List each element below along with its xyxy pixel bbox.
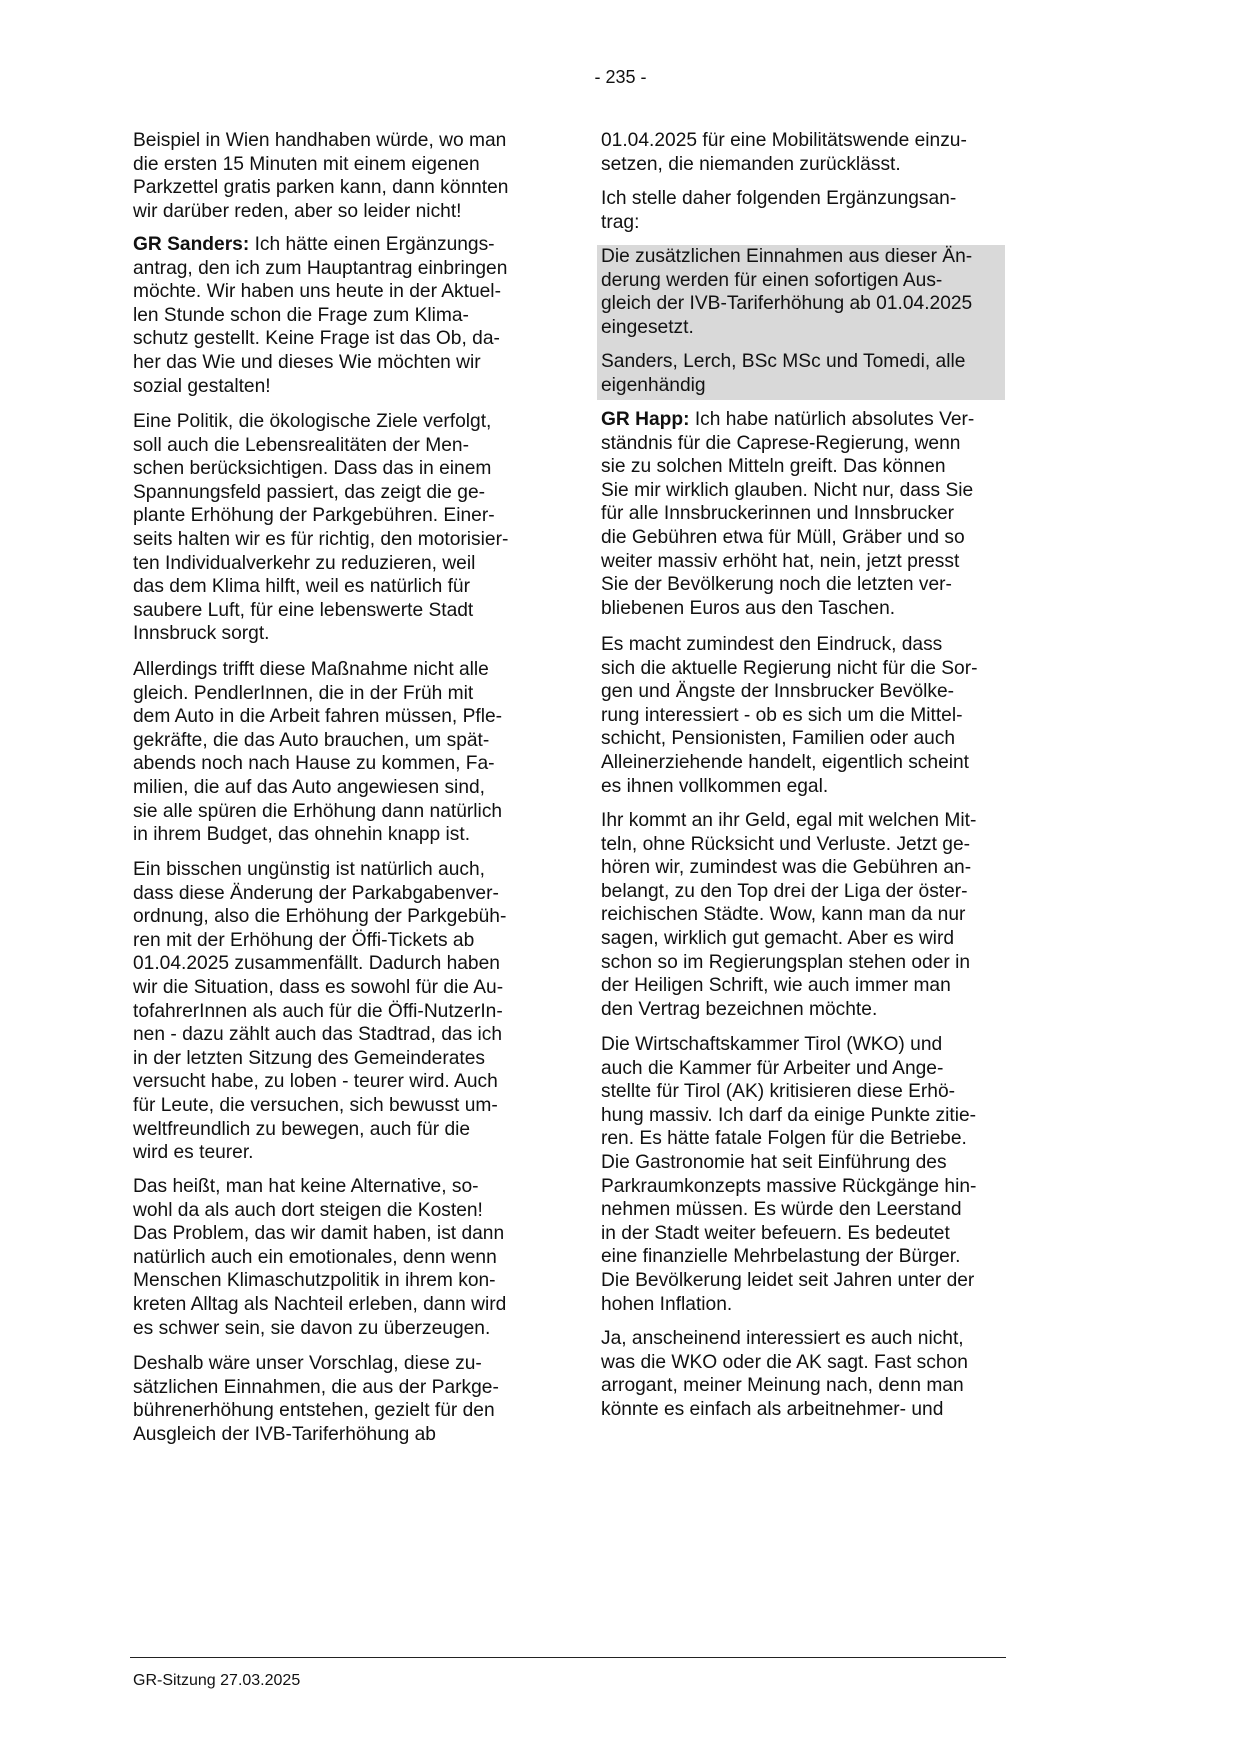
- line-text: setzen, die niemanden zurücklässt.: [601, 154, 901, 175]
- line-text: weiter massiv erhöht hat, nein, jetzt pr…: [601, 551, 959, 572]
- text-line: ren mit der Erhöhung der Öffi-Tickets ab: [133, 929, 533, 953]
- text-line: 01.04.2025 zusammenfällt. Dadurch haben: [133, 952, 533, 976]
- line-text: Spannungsfeld passiert, das zeigt die ge…: [133, 482, 485, 503]
- line-text: ren mit der Erhöhung der Öffi-Tickets ab: [133, 930, 474, 951]
- text-line: gleich der IVB-Tariferhöhung ab 01.04.20…: [601, 292, 1007, 316]
- paragraph: 01.04.2025 für eine Mobilitätswende einz…: [601, 129, 1007, 176]
- line-text: den Vertrag bezeichnen möchte.: [601, 999, 877, 1020]
- line-text: die Gebühren etwa für Müll, Gräber und s…: [601, 527, 965, 548]
- line-text: möchte. Wir haben uns heute in der Aktue…: [133, 281, 501, 302]
- text-line: es ihnen vollkommen egal.: [601, 775, 1007, 799]
- text-line: seits halten wir es für richtig, den mot…: [133, 528, 533, 552]
- line-text: trag:: [601, 212, 639, 233]
- paragraph: Beispiel in Wien handhaben würde, wo man…: [133, 129, 533, 223]
- line-text: gleich der IVB-Tariferhöhung ab 01.04.20…: [601, 293, 972, 314]
- text-line: stellte für Tirol (AK) kritisieren diese…: [601, 1080, 1007, 1104]
- line-text: saubere Luft, für eine lebenswerte Stadt: [133, 600, 473, 621]
- line-text: Beispiel in Wien handhaben würde, wo man: [133, 130, 506, 151]
- paragraph: Eine Politik, die ökologische Ziele verf…: [133, 410, 533, 646]
- footer-text: GR-Sitzung 27.03.2025: [133, 1671, 300, 1691]
- line-text: sagen, wirklich gut gemacht. Aber es wir…: [601, 928, 954, 949]
- text-line: gen und Ängste der Innsbrucker Bevölke-: [601, 680, 1007, 704]
- line-text: schutz gestellt. Keine Frage ist das Ob,…: [133, 328, 500, 349]
- text-line: Spannungsfeld passiert, das zeigt die ge…: [133, 481, 533, 505]
- text-line: eingesetzt.: [601, 316, 1007, 340]
- text-line: in der Stadt weiter befeuern. Es bedeute…: [601, 1222, 1007, 1246]
- line-text: hung massiv. Ich darf da einige Punkte z…: [601, 1105, 976, 1126]
- text-line: gleich. PendlerInnen, die in der Früh mi…: [133, 682, 533, 706]
- text-line: Parkraumkonzepts massive Rückgänge hin-: [601, 1175, 1007, 1199]
- text-line: Deshalb wäre unser Vorschlag, diese zu-: [133, 1352, 533, 1376]
- text-line: rung interessiert - ob es sich um die Mi…: [601, 704, 1007, 728]
- motion-text: Die zusätzlichen Einnahmen aus dieser Än…: [601, 245, 1007, 339]
- line-text: Parkraumkonzepts massive Rückgänge hin-: [601, 1176, 976, 1197]
- text-line: wir darüber reden, aber so leider nicht!: [133, 200, 533, 224]
- line-text: Die Bevölkerung leidet seit Jahren unter…: [601, 1270, 974, 1291]
- line-text: gen und Ängste der Innsbrucker Bevölke-: [601, 681, 954, 702]
- text-line: ordnung, also die Erhöhung der Parkgebüh…: [133, 905, 533, 929]
- line-text: Eine Politik, die ökologische Ziele verf…: [133, 411, 491, 432]
- text-line: milien, die auf das Auto angewiesen sind…: [133, 776, 533, 800]
- text-line: Alleinerziehende handelt, eigentlich sch…: [601, 751, 1007, 775]
- line-text: Das heißt, man hat keine Alternative, so…: [133, 1176, 479, 1197]
- text-line: teln, ohne Rücksicht und Verluste. Jetzt…: [601, 833, 1007, 857]
- line-text: Sanders, Lerch, BSc MSc und Tomedi, alle: [601, 351, 965, 372]
- text-line: für alle Innsbruckerinnen und Innsbrucke…: [601, 502, 1007, 526]
- text-line: ten Individualverkehr zu reduzieren, wei…: [133, 552, 533, 576]
- line-text: ordnung, also die Erhöhung der Parkgebüh…: [133, 906, 506, 927]
- text-line: Menschen Klimaschutzpolitik in ihrem kon…: [133, 1269, 533, 1293]
- line-text: in ihrem Budget, das ohnehin knapp ist.: [133, 824, 470, 845]
- line-text: gleich. PendlerInnen, die in der Früh mi…: [133, 683, 473, 704]
- line-text: seits halten wir es für richtig, den mot…: [133, 529, 508, 550]
- paragraph: Ihr kommt an ihr Geld, egal mit welchen …: [601, 809, 1007, 1021]
- text-line: ständnis für die Caprese-Regierung, wenn: [601, 432, 1007, 456]
- text-line: arrogant, meiner Meinung nach, denn man: [601, 1374, 1007, 1398]
- text-line: Parkzettel gratis parken kann, dann könn…: [133, 176, 533, 200]
- line-text: Deshalb wäre unser Vorschlag, diese zu-: [133, 1353, 482, 1374]
- line-text: 01.04.2025 für eine Mobilitätswende einz…: [601, 130, 967, 151]
- text-line: plante Erhöhung der Parkgebühren. Einer-: [133, 504, 533, 528]
- line-text: plante Erhöhung der Parkgebühren. Einer-: [133, 505, 495, 526]
- text-line: setzen, die niemanden zurücklässt.: [601, 153, 1007, 177]
- line-text: für Leute, die versuchen, sich bewusst u…: [133, 1095, 498, 1116]
- line-text: nehmen müssen. Es würde den Leerstand: [601, 1199, 962, 1220]
- text-line: möchte. Wir haben uns heute in der Aktue…: [133, 280, 533, 304]
- text-line: schicht, Pensionisten, Familien oder auc…: [601, 727, 1007, 751]
- text-line: natürlich auch ein emotionales, denn wen…: [133, 1246, 533, 1270]
- text-line: Eine Politik, die ökologische Ziele verf…: [133, 410, 533, 434]
- text-line: bührenerhöhung entstehen, gezielt für de…: [133, 1399, 533, 1423]
- text-line: 01.04.2025 für eine Mobilitätswende einz…: [601, 129, 1007, 153]
- text-line: wir die Situation, dass es sowohl für di…: [133, 976, 533, 1000]
- text-line: Die Gastronomie hat seit Einführung des: [601, 1151, 1007, 1175]
- line-text: es ihnen vollkommen egal.: [601, 776, 828, 797]
- line-text: Die Wirtschaftskammer Tirol (WKO) und: [601, 1034, 942, 1055]
- text-line: Ausgleich der IVB-Tariferhöhung ab: [133, 1423, 533, 1447]
- line-text: Ja, anscheinend interessiert es auch nic…: [601, 1328, 964, 1349]
- line-text: ten Individualverkehr zu reduzieren, wei…: [133, 553, 475, 574]
- line-text: dem Auto in die Arbeit fahren müssen, Pf…: [133, 706, 502, 727]
- text-line: das dem Klima hilft, weil es natürlich f…: [133, 575, 533, 599]
- text-line: antrag, den ich zum Hauptantrag einbring…: [133, 257, 533, 281]
- text-line: dem Auto in die Arbeit fahren müssen, Pf…: [133, 705, 533, 729]
- line-text: das dem Klima hilft, weil es natürlich f…: [133, 576, 470, 597]
- line-text: wird es teurer.: [133, 1142, 254, 1163]
- text-line: versucht habe, zu loben - teurer wird. A…: [133, 1070, 533, 1094]
- text-line: schon so im Regierungsplan stehen oder i…: [601, 951, 1007, 975]
- text-line: sozial gestalten!: [133, 375, 533, 399]
- line-text: Parkzettel gratis parken kann, dann könn…: [133, 177, 508, 198]
- line-text: sich die aktuelle Regierung nicht für di…: [601, 658, 978, 679]
- line-text: Alleinerziehende handelt, eigentlich sch…: [601, 752, 969, 773]
- line-text: belangt, zu den Top drei der Liga der ös…: [601, 881, 968, 902]
- text-line: weiter massiv erhöht hat, nein, jetzt pr…: [601, 550, 1007, 574]
- line-text: soll auch die Lebensrealitäten der Men-: [133, 435, 469, 456]
- line-text: schon so im Regierungsplan stehen oder i…: [601, 952, 970, 973]
- line-text: sie zu solchen Mitteln greift. Das könne…: [601, 456, 946, 477]
- line-text: könnte es einfach als arbeitnehmer- und: [601, 1399, 943, 1420]
- line-text: eingesetzt.: [601, 317, 694, 338]
- line-text: Sie mir wirklich glauben. Nicht nur, das…: [601, 480, 973, 501]
- text-line: Das heißt, man hat keine Alternative, so…: [133, 1175, 533, 1199]
- text-line: derung werden für einen sofortigen Aus-: [601, 269, 1007, 293]
- text-line: Die Wirtschaftskammer Tirol (WKO) und: [601, 1033, 1007, 1057]
- line-text: dass diese Änderung der Parkabgabenver-: [133, 883, 499, 904]
- line-text: ren. Es hätte fatale Folgen für die Betr…: [601, 1128, 967, 1149]
- text-line: schen berücksichtigen. Dass das in einem: [133, 457, 533, 481]
- text-line: Sanders, Lerch, BSc MSc und Tomedi, alle: [601, 350, 1007, 374]
- text-line: auch die Kammer für Arbeiter und Ange-: [601, 1057, 1007, 1081]
- line-text: arrogant, meiner Meinung nach, denn man: [601, 1375, 964, 1396]
- line-text: Es macht zumindest den Eindruck, dass: [601, 634, 942, 655]
- motion-text: Sanders, Lerch, BSc MSc und Tomedi, alle…: [601, 350, 1007, 397]
- line-text: ständnis für die Caprese-Regierung, wenn: [601, 433, 960, 454]
- footer-rule: [130, 1657, 1006, 1658]
- line-text: Sie der Bevölkerung noch die letzten ver…: [601, 574, 952, 595]
- line-text: antrag, den ich zum Hauptantrag einbring…: [133, 258, 507, 279]
- text-line: hören wir, zumindest was die Gebühren an…: [601, 856, 1007, 880]
- line-text: es schwer sein, sie davon zu überzeugen.: [133, 1318, 490, 1339]
- line-text: hohen Inflation.: [601, 1294, 732, 1315]
- line-text: reichischen Städte. Wow, kann man da nur: [601, 904, 965, 925]
- text-line: trag:: [601, 211, 1007, 235]
- line-text: auch die Kammer für Arbeiter und Ange-: [601, 1058, 943, 1079]
- speaker-name: GR Happ:: [601, 409, 689, 430]
- text-line: Ihr kommt an ihr Geld, egal mit welchen …: [601, 809, 1007, 833]
- paragraph: Ja, anscheinend interessiert es auch nic…: [601, 1327, 1007, 1421]
- text-line: nen - dazu zählt auch das Stadtrad, das …: [133, 1023, 533, 1047]
- line-text: versucht habe, zu loben - teurer wird. A…: [133, 1071, 498, 1092]
- line-text: Ich habe natürlich absolutes Ver-: [689, 409, 974, 430]
- text-line: dass diese Änderung der Parkabgabenver-: [133, 882, 533, 906]
- page-number: - 235 -: [0, 66, 1241, 88]
- line-text: Ich hätte einen Ergänzungs-: [249, 234, 494, 255]
- line-text: Ich stelle daher folgenden Ergänzungsan-: [601, 188, 956, 209]
- line-text: Innsbruck sorgt.: [133, 623, 270, 644]
- text-line: tofahrerInnen als auch für die Öffi-Nutz…: [133, 1000, 533, 1024]
- speaker-name: GR Sanders:: [133, 234, 249, 255]
- line-text: schen berücksichtigen. Dass das in einem: [133, 458, 491, 479]
- text-line: saubere Luft, für eine lebenswerte Stadt: [133, 599, 533, 623]
- line-text: rung interessiert - ob es sich um die Mi…: [601, 705, 963, 726]
- speaker-paragraph: GR Happ: Ich habe natürlich absolutes Ve…: [601, 408, 1007, 620]
- text-line: in ihrem Budget, das ohnehin knapp ist.: [133, 823, 533, 847]
- line-text: wir die Situation, dass es sowohl für di…: [133, 977, 503, 998]
- text-line: Das Problem, das wir damit haben, ist da…: [133, 1222, 533, 1246]
- text-line: wohl da als auch dort steigen die Kosten…: [133, 1199, 533, 1223]
- line-text: Allerdings trifft diese Maßnahme nicht a…: [133, 659, 489, 680]
- line-text: die ersten 15 Minuten mit einem eigenen: [133, 154, 480, 175]
- text-line: schutz gestellt. Keine Frage ist das Ob,…: [133, 327, 533, 351]
- text-line: für Leute, die versuchen, sich bewusst u…: [133, 1094, 533, 1118]
- line-text: bliebenen Euros aus den Taschen.: [601, 598, 895, 619]
- line-text: wir darüber reden, aber so leider nicht!: [133, 201, 462, 222]
- text-line: eigenhändig: [601, 374, 1007, 398]
- text-line: abends noch nach Hause zu kommen, Fa-: [133, 752, 533, 776]
- line-text: schicht, Pensionisten, Familien oder auc…: [601, 728, 955, 749]
- line-text: für alle Innsbruckerinnen und Innsbrucke…: [601, 503, 954, 524]
- line-text: sozial gestalten!: [133, 376, 271, 397]
- line-text: hören wir, zumindest was die Gebühren an…: [601, 857, 971, 878]
- line-text: sätzlichen Einnahmen, die aus der Parkge…: [133, 1377, 499, 1398]
- line-text: stellte für Tirol (AK) kritisieren diese…: [601, 1081, 955, 1102]
- line-text: sie alle spüren die Erhöhung dann natürl…: [133, 801, 502, 822]
- text-line: eine finanzielle Mehrbelastung der Bürge…: [601, 1245, 1007, 1269]
- speaker-paragraph: GR Sanders: Ich hätte einen Ergänzungs-a…: [133, 233, 533, 398]
- text-line: len Stunde schon die Frage zum Klima-: [133, 304, 533, 328]
- paragraph: Ich stelle daher folgenden Ergänzungsan-…: [601, 187, 1007, 234]
- text-line: GR Happ: Ich habe natürlich absolutes Ve…: [601, 408, 1007, 432]
- line-text: gekräfte, die das Auto brauchen, um spät…: [133, 730, 489, 751]
- paragraph: Allerdings trifft diese Maßnahme nicht a…: [133, 658, 533, 847]
- text-line: könnte es einfach als arbeitnehmer- und: [601, 1398, 1007, 1422]
- text-line: Ja, anscheinend interessiert es auch nic…: [601, 1327, 1007, 1351]
- text-line: sie alle spüren die Erhöhung dann natürl…: [133, 800, 533, 824]
- line-text: derung werden für einen sofortigen Aus-: [601, 270, 942, 291]
- text-line: Allerdings trifft diese Maßnahme nicht a…: [133, 658, 533, 682]
- line-text: natürlich auch ein emotionales, denn wen…: [133, 1247, 497, 1268]
- line-text: Ihr kommt an ihr Geld, egal mit welchen …: [601, 810, 976, 831]
- text-line: Innsbruck sorgt.: [133, 622, 533, 646]
- line-text: eigenhändig: [601, 375, 706, 396]
- paragraph: Es macht zumindest den Eindruck, dasssic…: [601, 633, 1007, 798]
- text-line: Sie der Bevölkerung noch die letzten ver…: [601, 573, 1007, 597]
- paragraph: Deshalb wäre unser Vorschlag, diese zu-s…: [133, 1352, 533, 1446]
- text-line: GR Sanders: Ich hätte einen Ergänzungs-: [133, 233, 533, 257]
- line-text: Ein bisschen ungünstig ist natürlich auc…: [133, 859, 485, 880]
- text-line: Sie mir wirklich glauben. Nicht nur, das…: [601, 479, 1007, 503]
- line-text: was die WKO oder die AK sagt. Fast schon: [601, 1352, 968, 1373]
- text-line: gekräfte, die das Auto brauchen, um spät…: [133, 729, 533, 753]
- text-line: es schwer sein, sie davon zu überzeugen.: [133, 1317, 533, 1341]
- line-text: in der letzten Sitzung des Gemeinderates: [133, 1048, 485, 1069]
- text-line: hohen Inflation.: [601, 1293, 1007, 1317]
- text-line: in der letzten Sitzung des Gemeinderates: [133, 1047, 533, 1071]
- text-line: sätzlichen Einnahmen, die aus der Parkge…: [133, 1376, 533, 1400]
- text-line: sie zu solchen Mitteln greift. Das könne…: [601, 455, 1007, 479]
- line-text: milien, die auf das Auto angewiesen sind…: [133, 777, 485, 798]
- line-text: der Heiligen Schrift, wie auch immer man: [601, 975, 951, 996]
- line-text: abends noch nach Hause zu kommen, Fa-: [133, 753, 495, 774]
- text-line: weltfreundlich zu bewegen, auch für die: [133, 1118, 533, 1142]
- text-line: hung massiv. Ich darf da einige Punkte z…: [601, 1104, 1007, 1128]
- text-line: Ich stelle daher folgenden Ergänzungsan-: [601, 187, 1007, 211]
- text-line: soll auch die Lebensrealitäten der Men-: [133, 434, 533, 458]
- text-line: Ein bisschen ungünstig ist natürlich auc…: [133, 858, 533, 882]
- text-line: den Vertrag bezeichnen möchte.: [601, 998, 1007, 1022]
- line-text: weltfreundlich zu bewegen, auch für die: [133, 1119, 470, 1140]
- text-line: bliebenen Euros aus den Taschen.: [601, 597, 1007, 621]
- paragraph: Die Wirtschaftskammer Tirol (WKO) undauc…: [601, 1033, 1007, 1316]
- paragraph: Das heißt, man hat keine Alternative, so…: [133, 1175, 533, 1340]
- text-line: kreten Alltag als Nachteil erleben, dann…: [133, 1293, 533, 1317]
- text-line: her das Wie und dieses Wie möchten wir: [133, 351, 533, 375]
- text-line: nehmen müssen. Es würde den Leerstand: [601, 1198, 1007, 1222]
- line-text: bührenerhöhung entstehen, gezielt für de…: [133, 1400, 495, 1421]
- text-line: wird es teurer.: [133, 1141, 533, 1165]
- text-line: Beispiel in Wien handhaben würde, wo man: [133, 129, 533, 153]
- line-text: eine finanzielle Mehrbelastung der Bürge…: [601, 1246, 960, 1267]
- line-text: teln, ohne Rücksicht und Verluste. Jetzt…: [601, 834, 970, 855]
- text-line: Die zusätzlichen Einnahmen aus dieser Än…: [601, 245, 1007, 269]
- line-text: Das Problem, das wir damit haben, ist da…: [133, 1223, 504, 1244]
- text-line: Es macht zumindest den Eindruck, dass: [601, 633, 1007, 657]
- text-line: der Heiligen Schrift, wie auch immer man: [601, 974, 1007, 998]
- line-text: tofahrerInnen als auch für die Öffi-Nutz…: [133, 1001, 503, 1022]
- text-line: die ersten 15 Minuten mit einem eigenen: [133, 153, 533, 177]
- text-line: belangt, zu den Top drei der Liga der ös…: [601, 880, 1007, 904]
- text-line: ren. Es hätte fatale Folgen für die Betr…: [601, 1127, 1007, 1151]
- paragraph: Ein bisschen ungünstig ist natürlich auc…: [133, 858, 533, 1165]
- line-text: Die zusätzlichen Einnahmen aus dieser Än…: [601, 246, 972, 267]
- line-text: kreten Alltag als Nachteil erleben, dann…: [133, 1294, 506, 1315]
- text-line: die Gebühren etwa für Müll, Gräber und s…: [601, 526, 1007, 550]
- line-text: her das Wie und dieses Wie möchten wir: [133, 352, 481, 373]
- text-line: reichischen Städte. Wow, kann man da nur: [601, 903, 1007, 927]
- line-text: in der Stadt weiter befeuern. Es bedeute…: [601, 1223, 950, 1244]
- line-text: len Stunde schon die Frage zum Klima-: [133, 305, 469, 326]
- line-text: Die Gastronomie hat seit Einführung des: [601, 1152, 947, 1173]
- text-line: Die Bevölkerung leidet seit Jahren unter…: [601, 1269, 1007, 1293]
- text-line: sagen, wirklich gut gemacht. Aber es wir…: [601, 927, 1007, 951]
- line-text: Ausgleich der IVB-Tariferhöhung ab: [133, 1424, 436, 1445]
- line-text: nen - dazu zählt auch das Stadtrad, das …: [133, 1024, 502, 1045]
- text-line: sich die aktuelle Regierung nicht für di…: [601, 657, 1007, 681]
- line-text: Menschen Klimaschutzpolitik in ihrem kon…: [133, 1270, 496, 1291]
- line-text: wohl da als auch dort steigen die Kosten…: [133, 1200, 483, 1221]
- text-line: was die WKO oder die AK sagt. Fast schon: [601, 1351, 1007, 1375]
- line-text: 01.04.2025 zusammenfällt. Dadurch haben: [133, 953, 500, 974]
